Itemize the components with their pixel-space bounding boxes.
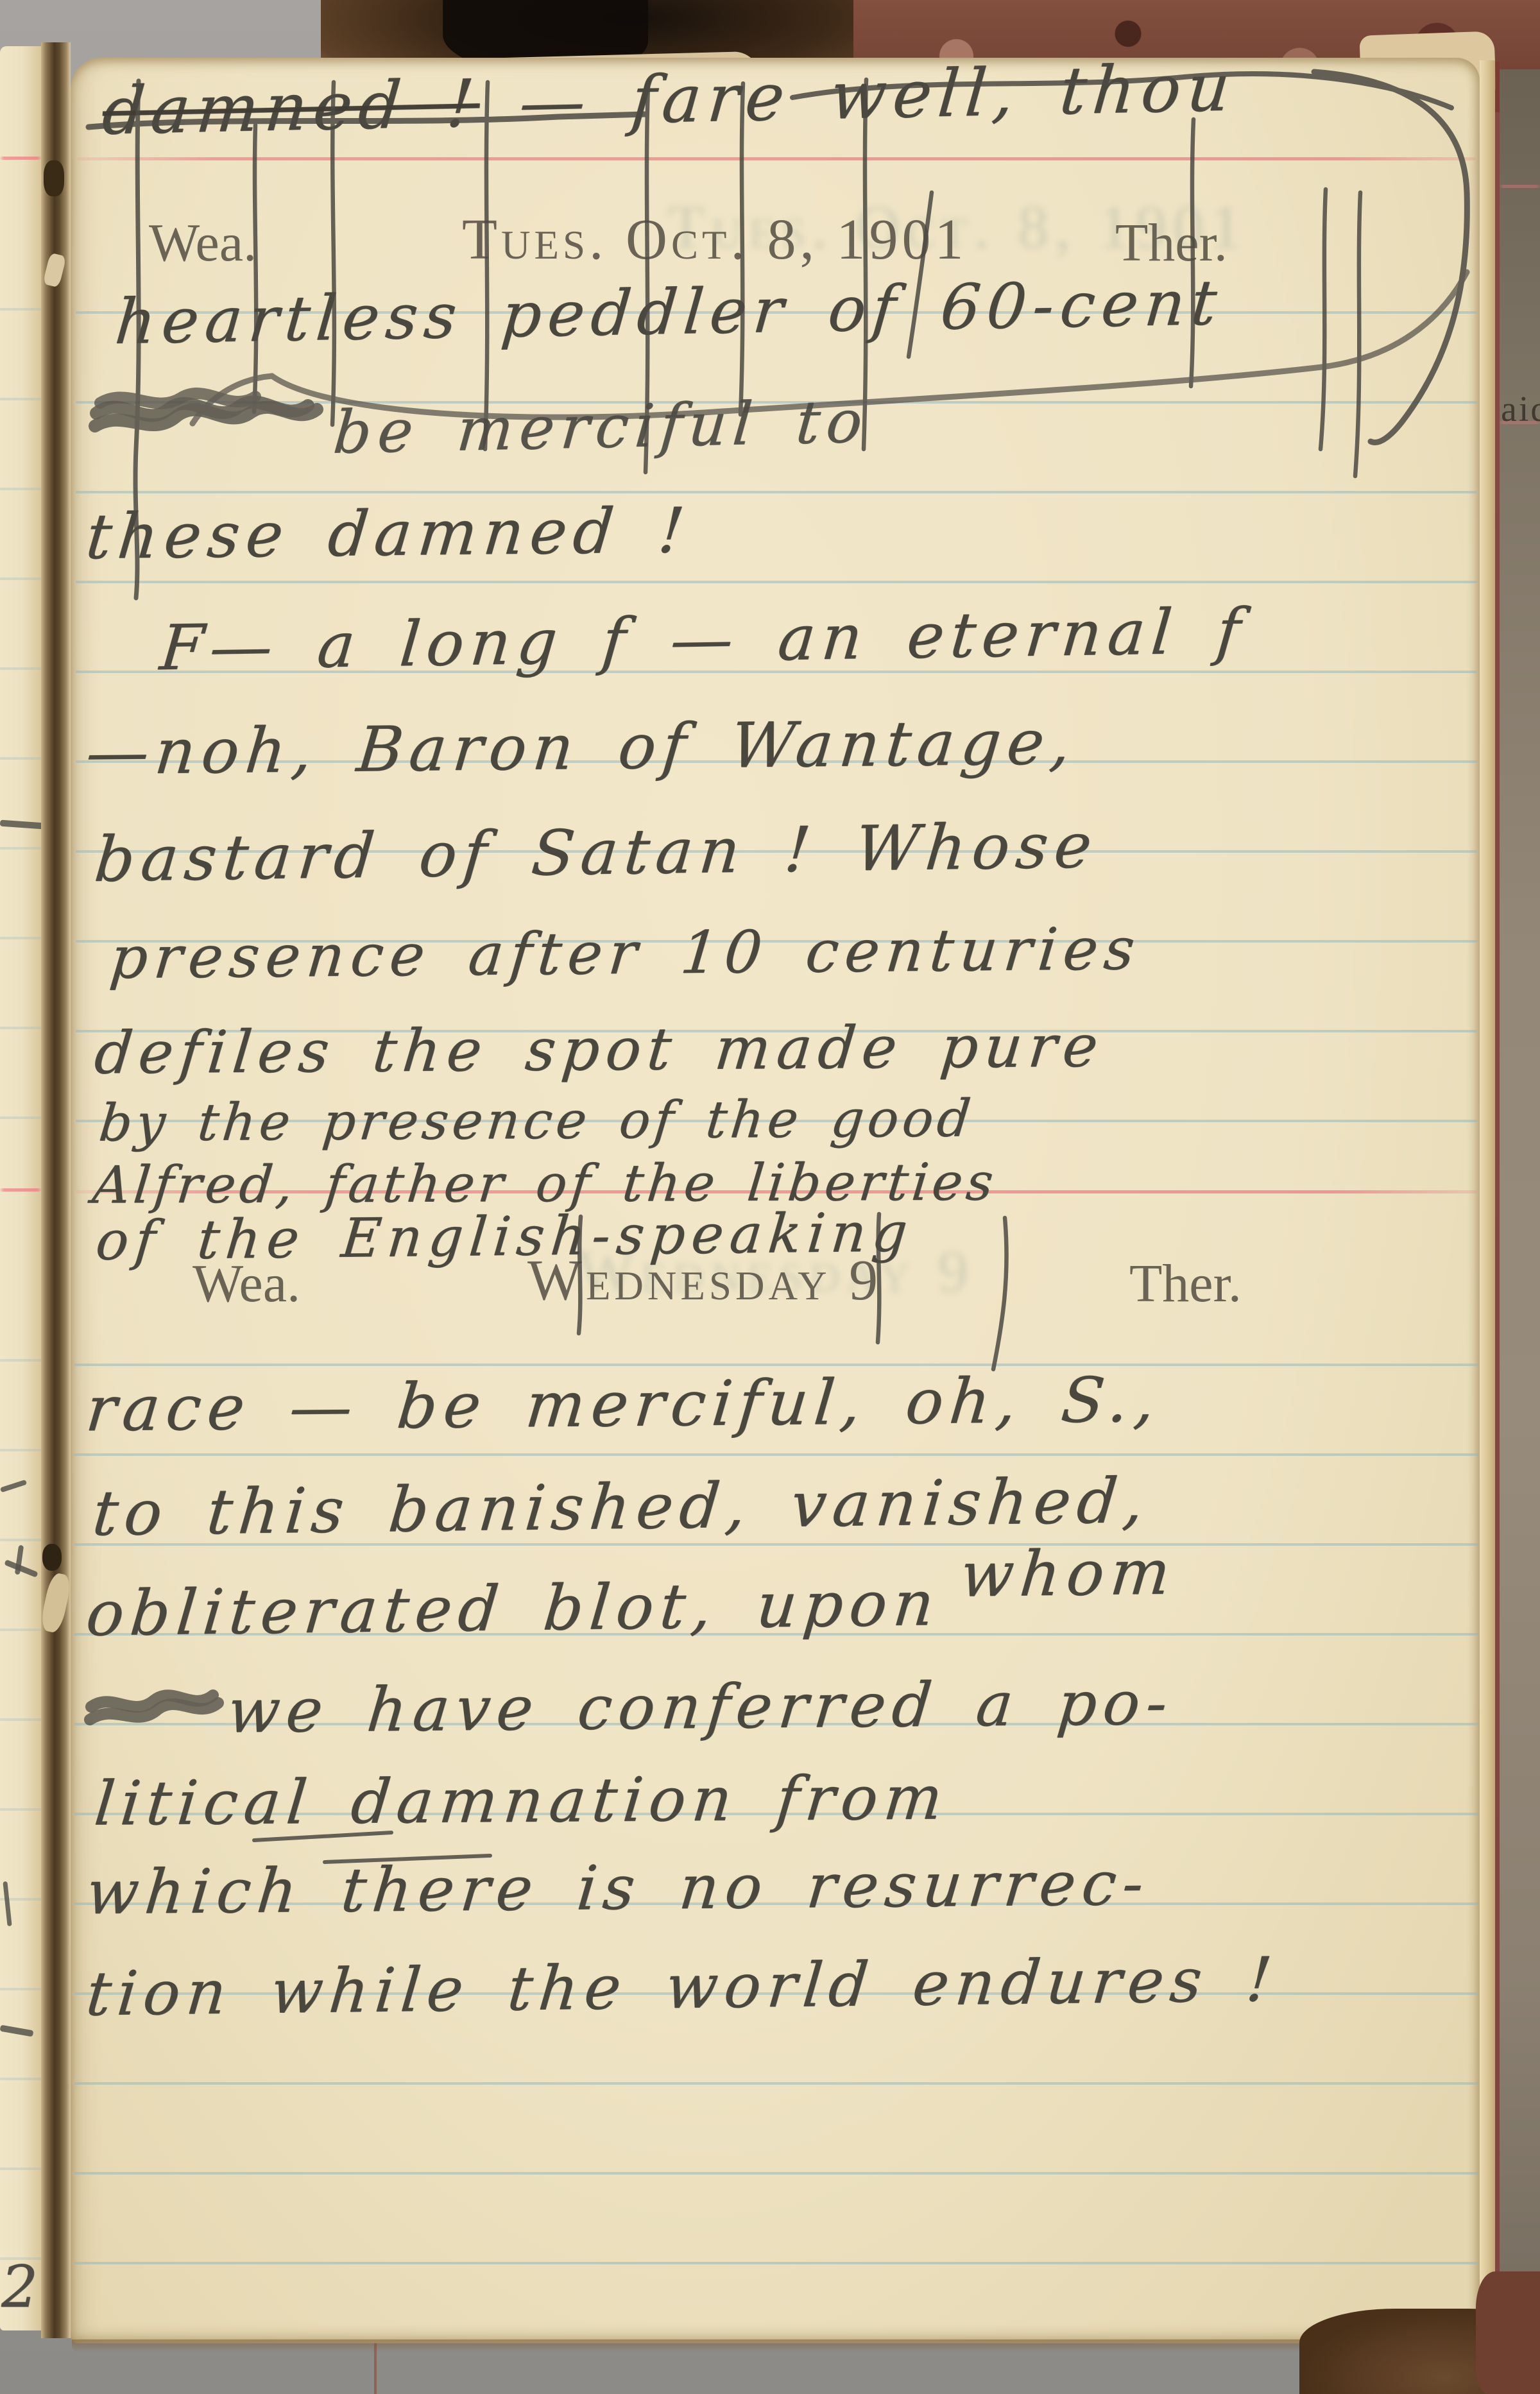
handwritten-line-oct8-11: of the English-speaking: [93, 1201, 916, 1272]
handwritten-line-oct8-6: bastard of Satan ! Whose: [92, 809, 1101, 896]
facing-page-partial-glyph: 2: [1, 2253, 41, 2321]
adjacent-page-text: aid: [1501, 389, 1540, 430]
page-bottom-shadow: [72, 2339, 1498, 2352]
handwritten-line-oct8-3: these damned !: [83, 494, 694, 573]
raised-word: whom: [957, 1536, 1179, 1611]
handwritten-line-wed9-3: obliterated blot, uponwhom: [83, 1564, 1177, 1650]
page-block-edge: [1480, 60, 1495, 2342]
notebook-scan: 2 aid Tues. Oct. 8, 1901 Wednesday 9 Wea…: [0, 0, 1540, 2394]
stitch-hole: [44, 160, 64, 196]
handwritten-line-wed9-6: which there is no resurrec-: [83, 1849, 1153, 1929]
stitch-knot: [42, 1544, 62, 1571]
printed-thermometer-label: Ther.: [1115, 212, 1228, 274]
handwritten-line-wed9-1: race — be merciful, oh, S.,: [83, 1364, 1165, 1446]
handwritten-line-wed9-2: to this banished, vanished,: [90, 1464, 1153, 1550]
facing-page-edge: 2: [0, 46, 41, 2330]
ruled-lines: [0, 308, 41, 1123]
stitch-thread: [39, 1571, 73, 1634]
printed-thermometer-label: Ther.: [1129, 1253, 1242, 1315]
handwritten-line-wed9-5: litical damnation from: [92, 1763, 952, 1839]
red-rule: [1500, 185, 1540, 188]
page-edge-stain: [1495, 62, 1500, 2341]
printed-date-label: Tues. Oct. 8, 1901: [462, 207, 968, 273]
red-rule: [77, 157, 1476, 160]
handwritten-line-oct8-2: be merciful to: [331, 387, 871, 467]
carryover-text: — fare well, thou: [477, 49, 1239, 142]
red-rule: [0, 1188, 41, 1192]
handwritten-line-oct8-7: presence after 10 centuries: [107, 916, 1144, 992]
red-rule: [0, 157, 41, 160]
ruled-lines: [0, 1359, 41, 2264]
handwritten-line-wed9-7: tion while the world endures !: [83, 1945, 1281, 2030]
line-text: obliterated blot, upon: [83, 1567, 943, 1650]
handwritten-line-oct8-8: defiles the spot made pure: [92, 1013, 1108, 1087]
red-fiber-mark: [374, 2343, 377, 2394]
binding-debris-bottom-corner: [1476, 2271, 1540, 2394]
stitch-thread: [42, 253, 66, 288]
handwritten-line-wed9-4: we have conferred a po-: [225, 1668, 1177, 1747]
printed-weather-label: Wea.: [149, 212, 257, 274]
handwritten-line-oct8-5: —noh, Baron of Wantage,: [83, 706, 1081, 789]
handwritten-line-oct8-9: by the presence of the good: [96, 1088, 977, 1152]
adjacent-page: aid: [1500, 69, 1540, 2316]
struck-word: damned !: [99, 65, 483, 150]
binding-gutter: [41, 42, 71, 2338]
